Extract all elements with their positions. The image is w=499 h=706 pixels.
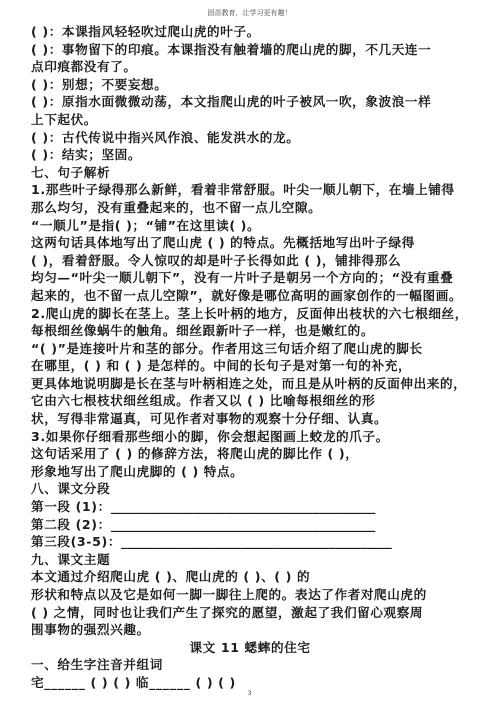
- paragraph-part: 第二段 (2)：________________________________…: [31, 516, 469, 534]
- answer-line[interactable]: ________________________________________…: [111, 499, 375, 514]
- analysis-line: 那么均匀，没有重叠起来的，也不留一点儿空隙。: [31, 199, 469, 217]
- analysis-question[interactable]: 在哪里，( ) 和 ( ) 是怎样的。中间的长句子是对第一句的补充，: [31, 357, 469, 375]
- analysis-question[interactable]: ( )，看着舒服。令人惊叹的却是叶子长得如此 ( )，铺排得那么: [31, 252, 469, 270]
- vocab-definition: ：本课指风轻轻吹过爬山虎的叶子。: [49, 24, 260, 39]
- vocab-continuation: 上下起伏。: [31, 111, 469, 129]
- answer-blank[interactable]: ( ): [31, 24, 49, 39]
- vocab-item: ( )：结实；坚固。: [31, 146, 469, 164]
- lesson-subtitle: 一、给生字注音并组词: [31, 656, 469, 674]
- answer-blank[interactable]: ( ): [31, 147, 49, 162]
- vocab-definition: ：古代传说中指兴风作浪、能发洪水的龙。: [49, 130, 300, 145]
- answer-line[interactable]: ________________________________________…: [111, 517, 375, 532]
- theme-line: 形状和特点以及它是如何一脚一脚往上爬的。表达了作者对爬山虎的: [31, 586, 469, 604]
- analysis-line: 1.那些叶子绿得那么新鲜，看着非常舒服。叶尖一顺儿朝下，在墙上铺得: [31, 181, 469, 199]
- section-title-paragraphing: 八、课文分段: [31, 480, 469, 498]
- vocab-definition: ：结实；坚固。: [49, 147, 141, 162]
- part-label: 第二段 (2)：: [31, 517, 111, 532]
- answer-blank[interactable]: ( ): [31, 130, 49, 145]
- analysis-question[interactable]: “一顺儿”是指( )；“铺”在这里读( )。: [31, 217, 469, 235]
- vocab-item: ( )：别想；不要妄想。: [31, 76, 469, 94]
- analysis-line: 均匀—“叶尖一顺儿朝下”，没有一片叶子是朝另一个方向的；“没有重叠: [31, 269, 469, 287]
- page-number: 3: [0, 690, 499, 697]
- worksheet-page: ( )：本课指风轻轻吹过爬山虎的叶子。 ( )：事物留下的印痕。本课指没有触着墙…: [31, 23, 469, 692]
- answer-blank[interactable]: ( ): [31, 77, 49, 92]
- lesson-title: 课文 11 蟋蟀的住宅: [31, 639, 469, 657]
- vocab-continuation: 点印痕都没有了。: [31, 58, 469, 76]
- analysis-line: 更具体地说明脚是长在茎与叶柄相连之处，而且是从叶柄的反面伸出来的，: [31, 375, 469, 393]
- part-label: 第三段(3-5)：: [31, 534, 121, 549]
- analysis-line: 状，写得非常逼真，可见作者对事物的观察十分仔细、认真。: [31, 410, 469, 428]
- vocab-definition: ：事物留下的印痕。本课指没有触着墙的爬山虎的脚，不几天连一: [49, 42, 432, 57]
- vocab-item: ( )：事物留下的印痕。本课指没有触着墙的爬山虎的脚，不几天连一: [31, 41, 469, 59]
- analysis-line: 起来的，也不留一点儿空隙”，就好像是哪位高明的画家创作的一幅图画。: [31, 287, 469, 305]
- analysis-question[interactable]: 形象地写出了爬山虎脚的 ( ) 特点。: [31, 463, 469, 481]
- vocab-item: ( )：原指水面微微动荡，本文指爬山虎的叶子被风一吹，象波浪一样: [31, 93, 469, 111]
- vocab-item: ( )：本课指风轻轻吹过爬山虎的叶子。: [31, 23, 469, 41]
- analysis-line: 3.如果你仔细看那些细小的脚，你会想起图画上蛟龙的爪子。: [31, 428, 469, 446]
- analysis-line: 2.爬山虎的脚长在茎上。茎上长叶柄的地方，反面伸出枝状的六七根细丝，: [31, 305, 469, 323]
- vocab-item: ( )：古代传说中指兴风作浪、能发洪水的龙。: [31, 129, 469, 147]
- theme-question[interactable]: 本文通过介绍爬山虎 ( )、爬山虎的 ( )、( ) 的: [31, 568, 469, 586]
- pinyin-exercise-row[interactable]: 宅______ ( ) ( ) 临______ ( ) ( ): [31, 674, 469, 692]
- answer-blank[interactable]: ( ): [31, 42, 49, 57]
- analysis-question[interactable]: 这两句话具体地写出了爬山虎 ( ) 的特点。先概括地写出叶子绿得: [31, 234, 469, 252]
- paragraph-part: 第三段(3-5)：_______________________________…: [31, 533, 469, 551]
- section-title-sentence-analysis: 七、句子解析: [31, 164, 469, 182]
- vocab-definition: ：别想；不要妄想。: [49, 77, 168, 92]
- paragraph-part: 第一段 (1)：________________________________…: [31, 498, 469, 516]
- theme-question[interactable]: ( ) 之情，同时也让我们产生了探究的愿望，激起了我们留心观察周: [31, 604, 469, 622]
- theme-line: 围事物的强烈兴趣。: [31, 621, 469, 639]
- analysis-question[interactable]: “( )”是连接叶片和茎的部分。作者用这三句话介绍了爬山虎的脚长: [31, 340, 469, 358]
- answer-blank[interactable]: ( ): [31, 94, 49, 109]
- part-label: 第一段 (1)：: [31, 499, 111, 514]
- section-title-theme: 九、课文主题: [31, 551, 469, 569]
- analysis-question[interactable]: 这句话采用了 ( ) 的修辞方法，将爬山虎的脚比作 ( )，: [31, 445, 469, 463]
- analysis-question[interactable]: 它由六七根枝状细丝组成。作者又以 ( ) 比喻每根细丝的形: [31, 392, 469, 410]
- answer-line[interactable]: ________________________________________…: [121, 534, 392, 549]
- page-header: 固苗教育，让学习更有趣！: [0, 8, 499, 18]
- analysis-line: 每根细丝像蜗牛的触角。细丝跟新叶子一样，也是嫩红的。: [31, 322, 469, 340]
- vocab-definition: ：原指水面微微动荡，本文指爬山虎的叶子被风一吹，象波浪一样: [49, 94, 432, 109]
